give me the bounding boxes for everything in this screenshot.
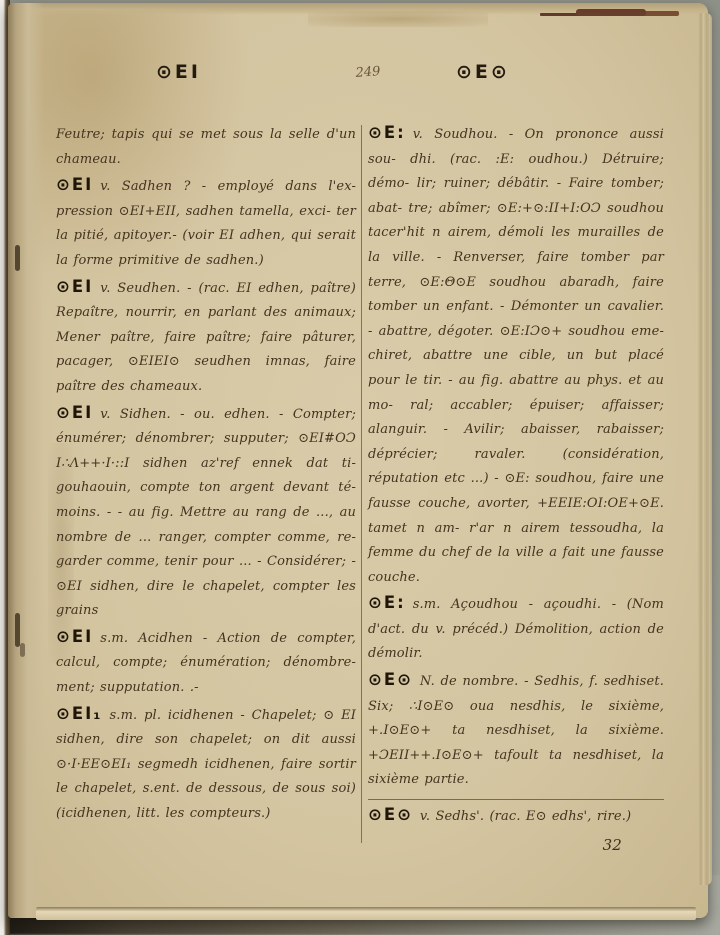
entry-text: N. de nombre. - Sedhis, f. sedhiset. Six… xyxy=(368,674,664,787)
dictionary-entry: ⊙EIv. Sidhen. - ou. edhen. - Compter; én… xyxy=(56,403,356,624)
page-number-top: 249 xyxy=(338,63,399,82)
dictionary-entry: ⊙E:v. Soudhou. - On prononce aussi sou- … xyxy=(368,123,664,590)
entry-headword: ⊙EI xyxy=(56,403,93,422)
dictionary-entry: ⊙EIv. Sadhen ? - employé dans l'ex- pres… xyxy=(56,175,356,273)
entry-text: Feutre; tapis qui se met sous la selle d… xyxy=(56,127,356,167)
entry-headword: ⊙EI xyxy=(56,627,93,646)
left-column: Feutre; tapis qui se met sous la selle d… xyxy=(56,123,356,830)
dictionary-entry: ⊙EIv. Seudhen. - (rac. EI edhen, paître)… xyxy=(56,277,356,400)
entry-headword: ⊙E⊙ xyxy=(368,670,413,689)
binding-stitch xyxy=(15,245,20,271)
entry-text: v. Sidhen. - ou. edhen. - Compter; énumé… xyxy=(56,407,356,619)
binding-stitch xyxy=(20,643,25,657)
running-head-left: ⊙EI xyxy=(156,61,201,83)
entry-headword: ⊙E⊙ xyxy=(368,805,413,824)
entry-text: s.m. pl. icidhenen - Chapelet; ⊙ EI sidh… xyxy=(56,708,356,821)
paper-stain xyxy=(308,11,488,27)
dictionary-entry: ⊙E:s.m. Açoudhou - açoudhi. - (Nom d'act… xyxy=(368,593,664,667)
binding-strip xyxy=(8,3,44,918)
entry-headword: ⊙E: xyxy=(368,123,406,142)
book-page: ⊙EI 249 ⊙E⊙ Feutre; tapis qui se met sou… xyxy=(8,3,708,918)
entry-headword: ⊙EI₁ xyxy=(56,704,102,723)
entry-text: v. Sadhen ? - employé dans l'ex- pressio… xyxy=(56,179,356,268)
dictionary-entry: ⊙E⊙v. Sedhs'. (rac. E⊙ edhs', rire.) xyxy=(368,805,664,830)
entry-headword: ⊙E: xyxy=(368,593,406,612)
running-head-right: ⊙E⊙ xyxy=(456,61,510,83)
entry-headword: ⊙EI xyxy=(56,175,93,194)
column-divider-line xyxy=(361,125,362,843)
dictionary-entry: ⊙E⊙N. de nombre. - Sedhis, f. sedhiset. … xyxy=(368,670,664,793)
page-edge-marks xyxy=(576,9,646,16)
entry-text: s.m. Açoudhou - açoudhi. - (Nom d'act. d… xyxy=(368,597,664,661)
entry-text: s.m. Acidhen - Action de compter, calcul… xyxy=(56,631,356,695)
dictionary-entry: ⊙EI₁s.m. pl. icidhenen - Chapelet; ⊙ EI … xyxy=(56,704,356,827)
page-stack-right-edge xyxy=(698,13,712,885)
dictionary-entry: ⊙EIs.m. Acidhen - Action de compter, cal… xyxy=(56,627,356,701)
entry-continuation: Feutre; tapis qui se met sous la selle d… xyxy=(56,123,356,172)
entry-headword: ⊙EI xyxy=(56,277,93,296)
photo-of-dictionary-page: { "page": { "header": { "left_headword":… xyxy=(0,0,720,935)
entry-text: v. Seudhen. - (rac. EI edhen, paître) Re… xyxy=(56,281,356,394)
page-stack-bottom-edge xyxy=(36,907,696,920)
right-column: ⊙E:v. Soudhou. - On prononce aussi sou- … xyxy=(368,123,664,857)
entry-text: v. Sedhs'. (rac. E⊙ edhs', rire.) xyxy=(420,809,631,824)
entry-separator-rule xyxy=(368,799,664,800)
page-number-bottom: 32 xyxy=(368,833,664,858)
binding-stitch xyxy=(15,613,20,647)
entry-text: v. Soudhou. - On prononce aussi sou- dhi… xyxy=(368,127,664,585)
